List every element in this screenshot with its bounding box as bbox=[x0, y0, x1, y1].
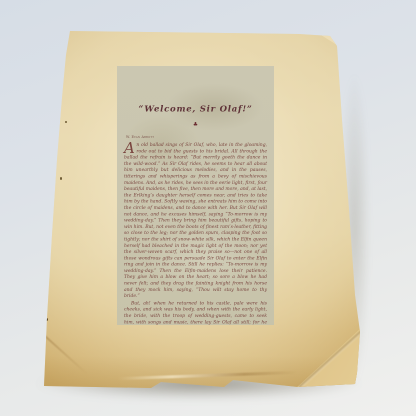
ballad-summary-text: An old ballad sings of Sir Olaf, who, la… bbox=[124, 142, 267, 325]
byline: W. Evan Abbott bbox=[126, 135, 267, 139]
printed-text-content: “Welcome, Sir Olaf!” ♣ W. Evan Abbott An… bbox=[117, 104, 274, 325]
drop-cap-letter: A bbox=[124, 143, 135, 155]
paragraph-first: An old ballad sings of Sir Olaf, who, la… bbox=[124, 142, 267, 299]
foxing-speck bbox=[45, 318, 48, 321]
photo-backdrop: “Welcome, Sir Olaf!” ♣ W. Evan Abbott An… bbox=[0, 0, 416, 416]
foxing-speck bbox=[65, 121, 67, 123]
fleuron-ornament-icon: ♣ bbox=[124, 122, 267, 128]
foxing-speck bbox=[60, 177, 62, 180]
printed-text-panel: “Welcome, Sir Olaf!” ♣ W. Evan Abbott An… bbox=[117, 66, 274, 325]
top-right-corner-bend bbox=[320, 33, 340, 47]
page-title: “Welcome, Sir Olaf!” bbox=[124, 104, 267, 114]
paragraph-second: But, ah! when he returned to his castle,… bbox=[124, 300, 267, 325]
paragraph-first-text: n old ballad sings of Sir Olaf, who, lat… bbox=[124, 143, 267, 299]
